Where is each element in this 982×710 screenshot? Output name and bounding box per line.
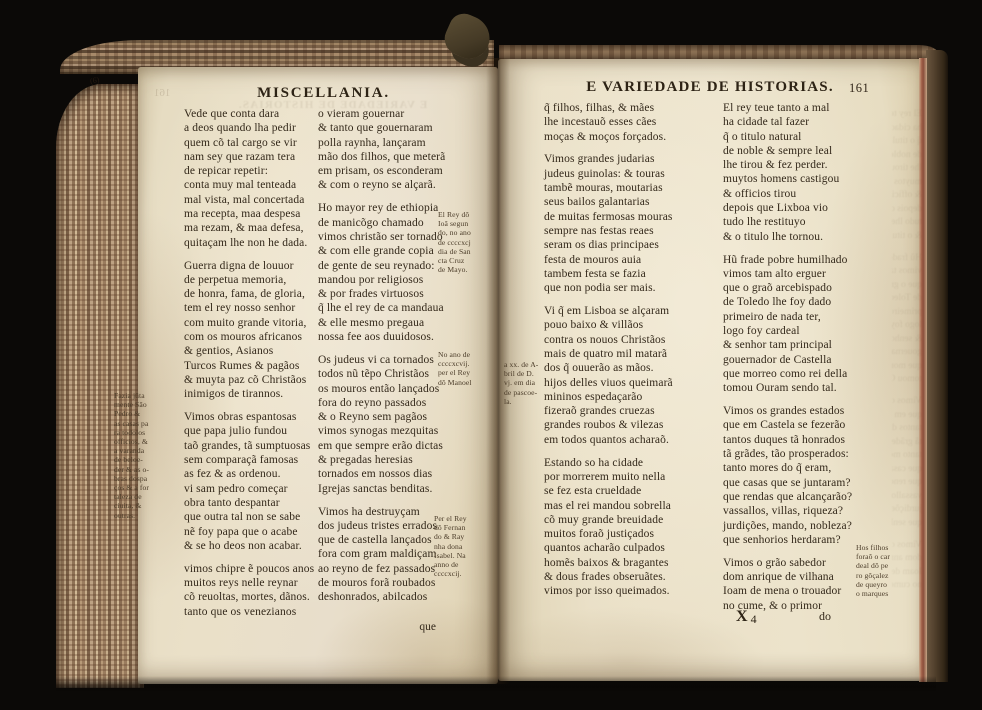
bleedthrough-text-strip: El rey teue tanto a malha cidade tal faz…	[892, 108, 922, 613]
verse-line: jurdições, mando, nobleza?	[892, 503, 922, 517]
running-head-right: E VARIEDADE DE HISTORIAS.	[565, 79, 855, 96]
verse-line: q̃ filhos, filhas, & mães	[544, 101, 726, 115]
verse-line: vimos chipre ẽ poucos anos	[184, 562, 334, 576]
bleedthrough-page-number: 161	[154, 87, 171, 99]
verse-line: Estando so ha cidade	[544, 456, 726, 470]
signature-mark: X4	[736, 608, 757, 627]
verse-line: em que sempre erão dictas	[318, 439, 470, 453]
verse-line: que casas que se juntaram?	[723, 476, 901, 490]
margin-note-line: as casas pa	[114, 419, 184, 428]
margin-note-line: de pascoe-	[504, 388, 546, 397]
margin-note-line: nha dona	[434, 542, 496, 551]
margin-note-line: bril de D.	[504, 369, 546, 378]
signature-number: 4	[751, 612, 757, 626]
verse-line: El rey teue tanto a mal	[892, 108, 922, 122]
verse-line: dom anrique de vilhana	[892, 552, 922, 566]
verse-line: a deos quando lha pedir	[184, 121, 334, 135]
verse-line: tem el rey nosso senhor	[184, 301, 334, 315]
margin-note-line: dõ Manoel	[438, 378, 496, 387]
verse-line: em todos quantos acharaõ.	[544, 433, 726, 447]
margin-note-line: dõ Fernan	[434, 523, 496, 532]
verse-line: vi sam pedro começar	[184, 482, 334, 496]
stanza: Hũ frade pobre humilhadovimos tam alto e…	[723, 253, 901, 396]
verse-line: sem comparaçã famosas	[184, 453, 334, 467]
verse-line: conta muy mal tenteada	[184, 178, 334, 192]
margin-note-line: dia de San	[438, 247, 496, 256]
verse-line: Vimos o grão sabedor	[892, 539, 922, 553]
left-page-column-1: Vede que conta daraa deos quando lha ped…	[184, 107, 334, 619]
verse-line: ma recepta, maa despesa	[184, 207, 334, 221]
margin-note-line: Fazia jũta	[114, 391, 184, 400]
verse-line: & se ho deos non acabar.	[184, 539, 334, 553]
stanza: Vimos obras espantosasque papa julio fun…	[184, 410, 334, 553]
margin-note-line: ciuita, &	[114, 501, 184, 510]
verse-line: ma rezam, & maa defesa,	[184, 221, 334, 235]
stanza: Hũ frade pobre humilhadovimos tam alto e…	[892, 252, 922, 387]
margin-note-line: la.	[504, 397, 546, 406]
verse-line: lhe tirou & fez perder.	[892, 162, 922, 176]
verse-line: jurdições, mando, nobleza?	[723, 519, 901, 533]
verse-line: quitaçam lhe non he dada.	[184, 236, 334, 250]
edge-page-mark: (6)	[89, 75, 100, 85]
margin-note-rey-fernando: Per el Reydõ Fernando & Raynha donaIsabe…	[434, 514, 496, 578]
verse-line: tambem festa se fazia	[544, 267, 726, 281]
catchword-left: que	[398, 621, 436, 633]
margin-note-line: Pedro &	[114, 409, 184, 418]
verse-line: que em Castela se fezerão	[723, 418, 901, 432]
verse-line: Ioam de mena o trouador	[892, 566, 922, 580]
stanza: El rey teue tanto a malha cidade tal faz…	[723, 101, 901, 244]
verse-line: Guerra digna de louuor	[184, 259, 334, 273]
verse-line: vimos tam alto erguer	[723, 267, 901, 281]
verse-line: muytos homens castigou	[723, 172, 901, 186]
verse-line: & tanto que gouernaram	[318, 121, 470, 135]
verse-line: q̃ o titulo natural	[892, 135, 922, 149]
margin-note-line: a xx. de A-	[504, 360, 546, 369]
verse-line: as fez & as ordenou.	[184, 467, 334, 481]
stanza: vimos chipre ẽ poucos anosmuitos reys ne…	[184, 562, 334, 619]
verse-line: & officios tirou	[892, 189, 922, 203]
verse-line: Vimos obras espantosas	[184, 410, 334, 424]
verse-line: que rendas que alcançarão?	[723, 490, 901, 504]
verse-line: que morreo como rei della	[723, 367, 901, 381]
stanza: El rey teue tanto a malha cidade tal faz…	[892, 108, 922, 243]
stanza: Guerra digna de louuorde perpetua memori…	[184, 259, 334, 402]
verse-line: El rey teue tanto a mal	[723, 101, 901, 115]
verse-line: nossa fee aos duuidosos.	[318, 330, 470, 344]
verse-line: tantos duques tã honrados	[723, 433, 901, 447]
verse-line: judeus guinolas: & touras	[544, 167, 726, 181]
verse-line: ha cidade tal fazer	[723, 115, 901, 129]
margin-note-line: vj. em dia	[504, 378, 546, 387]
margin-note-line: officios, &	[114, 437, 184, 446]
verse-line: que non podia ser mais.	[544, 281, 726, 295]
verse-line: gouernador de Castella	[892, 346, 922, 360]
verse-line: o vieram gouernar	[318, 107, 470, 121]
verse-line: logo foy cardeal	[892, 319, 922, 333]
verse-line: tã grãdes, tão prosperados:	[723, 447, 901, 461]
verse-line: Turcos Rumes & pagãos	[184, 359, 334, 373]
margin-note-line: do, no ano	[438, 228, 496, 237]
verse-line: nam sey que razam tera	[184, 150, 334, 164]
verse-line: vimos por isso queimados.	[544, 584, 726, 598]
margin-note-line: Per el Rey	[434, 514, 496, 523]
verse-line: Vede que conta dara	[184, 107, 334, 121]
verse-line: de repicar repetir:	[184, 164, 334, 178]
verse-line: Hũ frade pobre humilhado	[723, 253, 901, 267]
margin-note-line: ra todolos	[114, 428, 184, 437]
verse-line: obra tanto despantar	[184, 496, 334, 510]
stanza: o vieram gouernar& tanto que gouernaramp…	[318, 107, 470, 193]
verse-line: quem cõ tal cargo se vir	[184, 136, 334, 150]
margin-note-line: taleza de	[114, 492, 184, 501]
verse-line: com muito grande vitoria,	[184, 316, 334, 330]
verse-line: cõ muy grande breuidade	[544, 513, 726, 527]
verse-line: de muitas fermosas mouras	[544, 210, 726, 224]
verse-line: que senhorios herdaram?	[892, 517, 922, 531]
right-page-column-1: q̃ filhos, filhas, & mãeslhe incestauõ e…	[544, 101, 726, 599]
stanza: Estando so ha cidadepor morrerem muito n…	[544, 456, 726, 599]
page-number: 161	[849, 81, 869, 96]
verse-line: sempre nas festas reaes	[544, 224, 726, 238]
verse-line: de perpetua memoria,	[184, 273, 334, 287]
verse-line: depois que Lixboa vio	[892, 203, 922, 217]
verse-line: mandou por religiosos	[318, 273, 470, 287]
margin-note-line: El Rey dõ	[438, 210, 496, 219]
verse-line: nẽ foy papa que o acabe	[184, 525, 334, 539]
verse-line: mas el rei mandou sobrella	[544, 499, 726, 513]
verse-line: tanto mores do q̃ eram,	[892, 449, 922, 463]
verse-line: mais de quatro mil matarã	[544, 347, 726, 361]
verse-line: que casas que se juntaram?	[892, 463, 922, 477]
margin-note-line: mente São	[114, 400, 184, 409]
margin-note-line: de Mayo.	[438, 265, 496, 274]
margin-note-line: ccccxcvij.	[438, 359, 496, 368]
verse-line: que outra tal non se sabe	[184, 510, 334, 524]
verse-line: primeiro de nada ter,	[723, 310, 901, 324]
verse-line: que morreo como rei della	[892, 360, 922, 374]
margin-note-line: do & Ray	[434, 532, 496, 541]
verse-line: & officios tirou	[723, 187, 901, 201]
verse-line: & o titulo lhe tornou.	[892, 230, 922, 244]
verse-line: que em Castela se fezerão	[892, 409, 922, 423]
verse-line: Vi q̃ em Lisboa se alçaram	[544, 304, 726, 318]
verse-line: festa de mouros auia	[544, 253, 726, 267]
verse-line: moças & moços forçados.	[544, 130, 726, 144]
verse-line: lhe incestauõ esses cães	[544, 115, 726, 129]
margin-note-line: bras dospa	[114, 474, 184, 483]
verse-line: Hũ frade pobre humilhado	[892, 252, 922, 266]
bottom-shadow	[56, 676, 936, 692]
verse-line: seus bailos galantarias	[544, 195, 726, 209]
verse-line: tomou Ouram sendo tal.	[892, 373, 922, 387]
verse-line: grandes roubos & vilezas	[544, 418, 726, 432]
stanza: q̃ filhos, filhas, & mãeslhe incestauõ e…	[544, 101, 726, 144]
verse-line: cõ reuoltas, mortes, dãnos.	[184, 590, 334, 604]
verse-line: muytos homens castigou	[892, 176, 922, 190]
verse-line: de honra, fama, de gloria,	[184, 287, 334, 301]
signature-letter: X	[736, 608, 748, 625]
margin-note-abril: a xx. de A-bril de D.vj. em diade pascoe…	[504, 360, 546, 406]
verse-line: vassallos, villas, riqueza?	[723, 504, 901, 518]
stacked-page-edges-left	[56, 84, 144, 688]
margin-note-line: per el Rey	[438, 368, 496, 377]
verse-line: fizeraõ grandes cruezas	[544, 404, 726, 418]
verse-line: em prisam, os esconderam	[318, 164, 470, 178]
verse-line: & muyta paz cõ Christãos	[184, 373, 334, 387]
verse-line: que o graõ arcebispado	[892, 279, 922, 293]
verse-line: no cume, & o primor	[892, 579, 922, 593]
verse-line: fora do reyno passados	[318, 396, 470, 410]
verse-line: lhe tirou & fez perder.	[723, 158, 901, 172]
verse-line: deshonrados, abilcados	[318, 590, 470, 604]
book-cover-edge-right	[926, 50, 948, 682]
margin-note-line: de beloe-	[114, 455, 184, 464]
margin-note-rey-joao: El Rey dõIoã segundo, no anode ccccxcjdi…	[438, 210, 496, 274]
verse-line: hijos delles viuos queimarã	[544, 376, 726, 390]
verse-line: ha cidade tal fazer	[892, 122, 922, 136]
verse-line: se fez esta crueldade	[544, 484, 726, 498]
verse-line: pouo baixo & villãos	[544, 318, 726, 332]
verse-line: muitos foraõ justiçados	[544, 527, 726, 541]
right-page-column-2: El rey teue tanto a malha cidade tal faz…	[723, 101, 901, 613]
verse-line: & gentios, Asianos	[184, 344, 334, 358]
margin-note-line: Isabel. Na	[434, 551, 496, 560]
verse-line: Vimos os grandes estados	[892, 395, 922, 409]
verse-line: Vimos grandes judarias	[544, 152, 726, 166]
margin-note-line: der & as o-	[114, 465, 184, 474]
stanza: Vimos o grão sabedordom anrique de vilha…	[892, 539, 922, 593]
verse-line: & senhor tam principal	[723, 338, 901, 352]
verse-line: dos q̃ ouuerão as mãos.	[544, 361, 726, 375]
verse-line: seram os dias principaes	[544, 238, 726, 252]
margin-note-line: Ioã segun	[438, 219, 496, 228]
verse-line: tantos duques tã honrados	[892, 422, 922, 436]
margin-note-line: anno de	[434, 560, 496, 569]
verse-line: tambẽ mouras, moutarias	[544, 181, 726, 195]
verse-line: de Toledo lhe foy dado	[723, 295, 901, 309]
verse-line: & elle mesmo pregaua	[318, 316, 470, 330]
verse-line: tã grãdes, tão prosperados:	[892, 436, 922, 450]
verse-line: mal vista, mal concertada	[184, 193, 334, 207]
stanza: Vimos os grandes estadosque em Castela s…	[723, 404, 901, 547]
verse-line: de noble & sempre leal	[723, 144, 901, 158]
verse-line: que o graõ arcebispado	[723, 281, 901, 295]
margin-note-sao-pedro: Fazia jũtamente SãoPedro &as casas para …	[114, 391, 184, 520]
verse-line: q̃ lhe el rey de ca mandaua	[318, 301, 470, 315]
verse-line: tanto que os venezianos	[184, 605, 334, 619]
verse-line: vimos synogas mezquitas	[318, 424, 470, 438]
verse-line: de noble & sempre leal	[892, 149, 922, 163]
verse-line: muitos reys nelle reynar	[184, 576, 334, 590]
verse-line: tornados em nossos dias	[318, 467, 470, 481]
margin-note-line: de ccccxcj	[438, 238, 496, 247]
verse-line: contra os nouos Christãos	[544, 333, 726, 347]
verse-line: q̃ o titulo natural	[723, 130, 901, 144]
margin-note-line: cta Cruz	[438, 256, 496, 265]
verse-line: com os mouros africanos	[184, 330, 334, 344]
verse-line: de Toledo lhe foy dado	[892, 292, 922, 306]
verse-line: & dous frades obseruãtes.	[544, 570, 726, 584]
verse-line: Igrejas sanctas benditas.	[318, 482, 470, 496]
verse-line: & o Reyno sem pagãos	[318, 410, 470, 424]
verse-line: tomou Ouram sendo tal.	[723, 381, 901, 395]
stanza: Vi q̃ em Lisboa se alçarampouo baixo & v…	[544, 304, 726, 447]
verse-line: & por frades virtuosos	[318, 287, 470, 301]
verse-line: que rendas que alcançarão?	[892, 476, 922, 490]
verse-line: que papa julio fundou	[184, 424, 334, 438]
margin-note-rey-manoel: No ano deccccxcvij.per el Reydõ Manoel	[438, 350, 496, 387]
verse-line: & o titulo lhe tornou.	[723, 230, 901, 244]
stanza: Vede que conta daraa deos quando lha ped…	[184, 107, 334, 250]
verse-line: & senhor tam principal	[892, 333, 922, 347]
verse-line: por morrerem muito nella	[544, 470, 726, 484]
verse-line: taõ grandes, tã sumptuosas	[184, 439, 334, 453]
verse-line: homẽs baixos & bragantes	[544, 556, 726, 570]
verse-line: tudo lhe restituyo	[892, 216, 922, 230]
verse-line: inimigos de tirannos.	[184, 387, 334, 401]
verse-line: mão dos filhos, que meterã	[318, 150, 470, 164]
margin-note-line: outras.	[114, 511, 184, 520]
verse-line: Vimos os grandes estados	[723, 404, 901, 418]
verse-line: vimos tam alto erguer	[892, 265, 922, 279]
verse-line: mininos espedaçarão	[544, 390, 726, 404]
margin-note-line: No ano de	[438, 350, 496, 359]
verse-line: logo foy cardeal	[723, 324, 901, 338]
verse-line: vassallos, villas, riqueza?	[892, 490, 922, 504]
verse-line: gouernador de Castella	[723, 353, 901, 367]
verse-line: polla raynha, lançaram	[318, 136, 470, 150]
margin-note-line: ços & a for	[114, 483, 184, 492]
verse-line: & pregadas heresias	[318, 453, 470, 467]
margin-note-line: ccccxcij.	[434, 569, 496, 578]
stanza: Vimos os grandes estadosque em Castela s…	[892, 395, 922, 530]
stanza: Vimos grandes judariasjudeus guinolas: &…	[544, 152, 726, 295]
verse-line: & com o reyno se alçarã.	[318, 178, 470, 192]
verse-line: primeiro de nada ter,	[892, 306, 922, 320]
verse-line: tanto mores do q̃ eram,	[723, 461, 901, 475]
verse-line: tudo lhe restituyo	[723, 215, 901, 229]
verse-line: depois que Lixboa vio	[723, 201, 901, 215]
catchword-right: do	[819, 609, 831, 624]
margin-note-line: a varanda	[114, 446, 184, 455]
verse-line: quantos acharão culpados	[544, 541, 726, 555]
